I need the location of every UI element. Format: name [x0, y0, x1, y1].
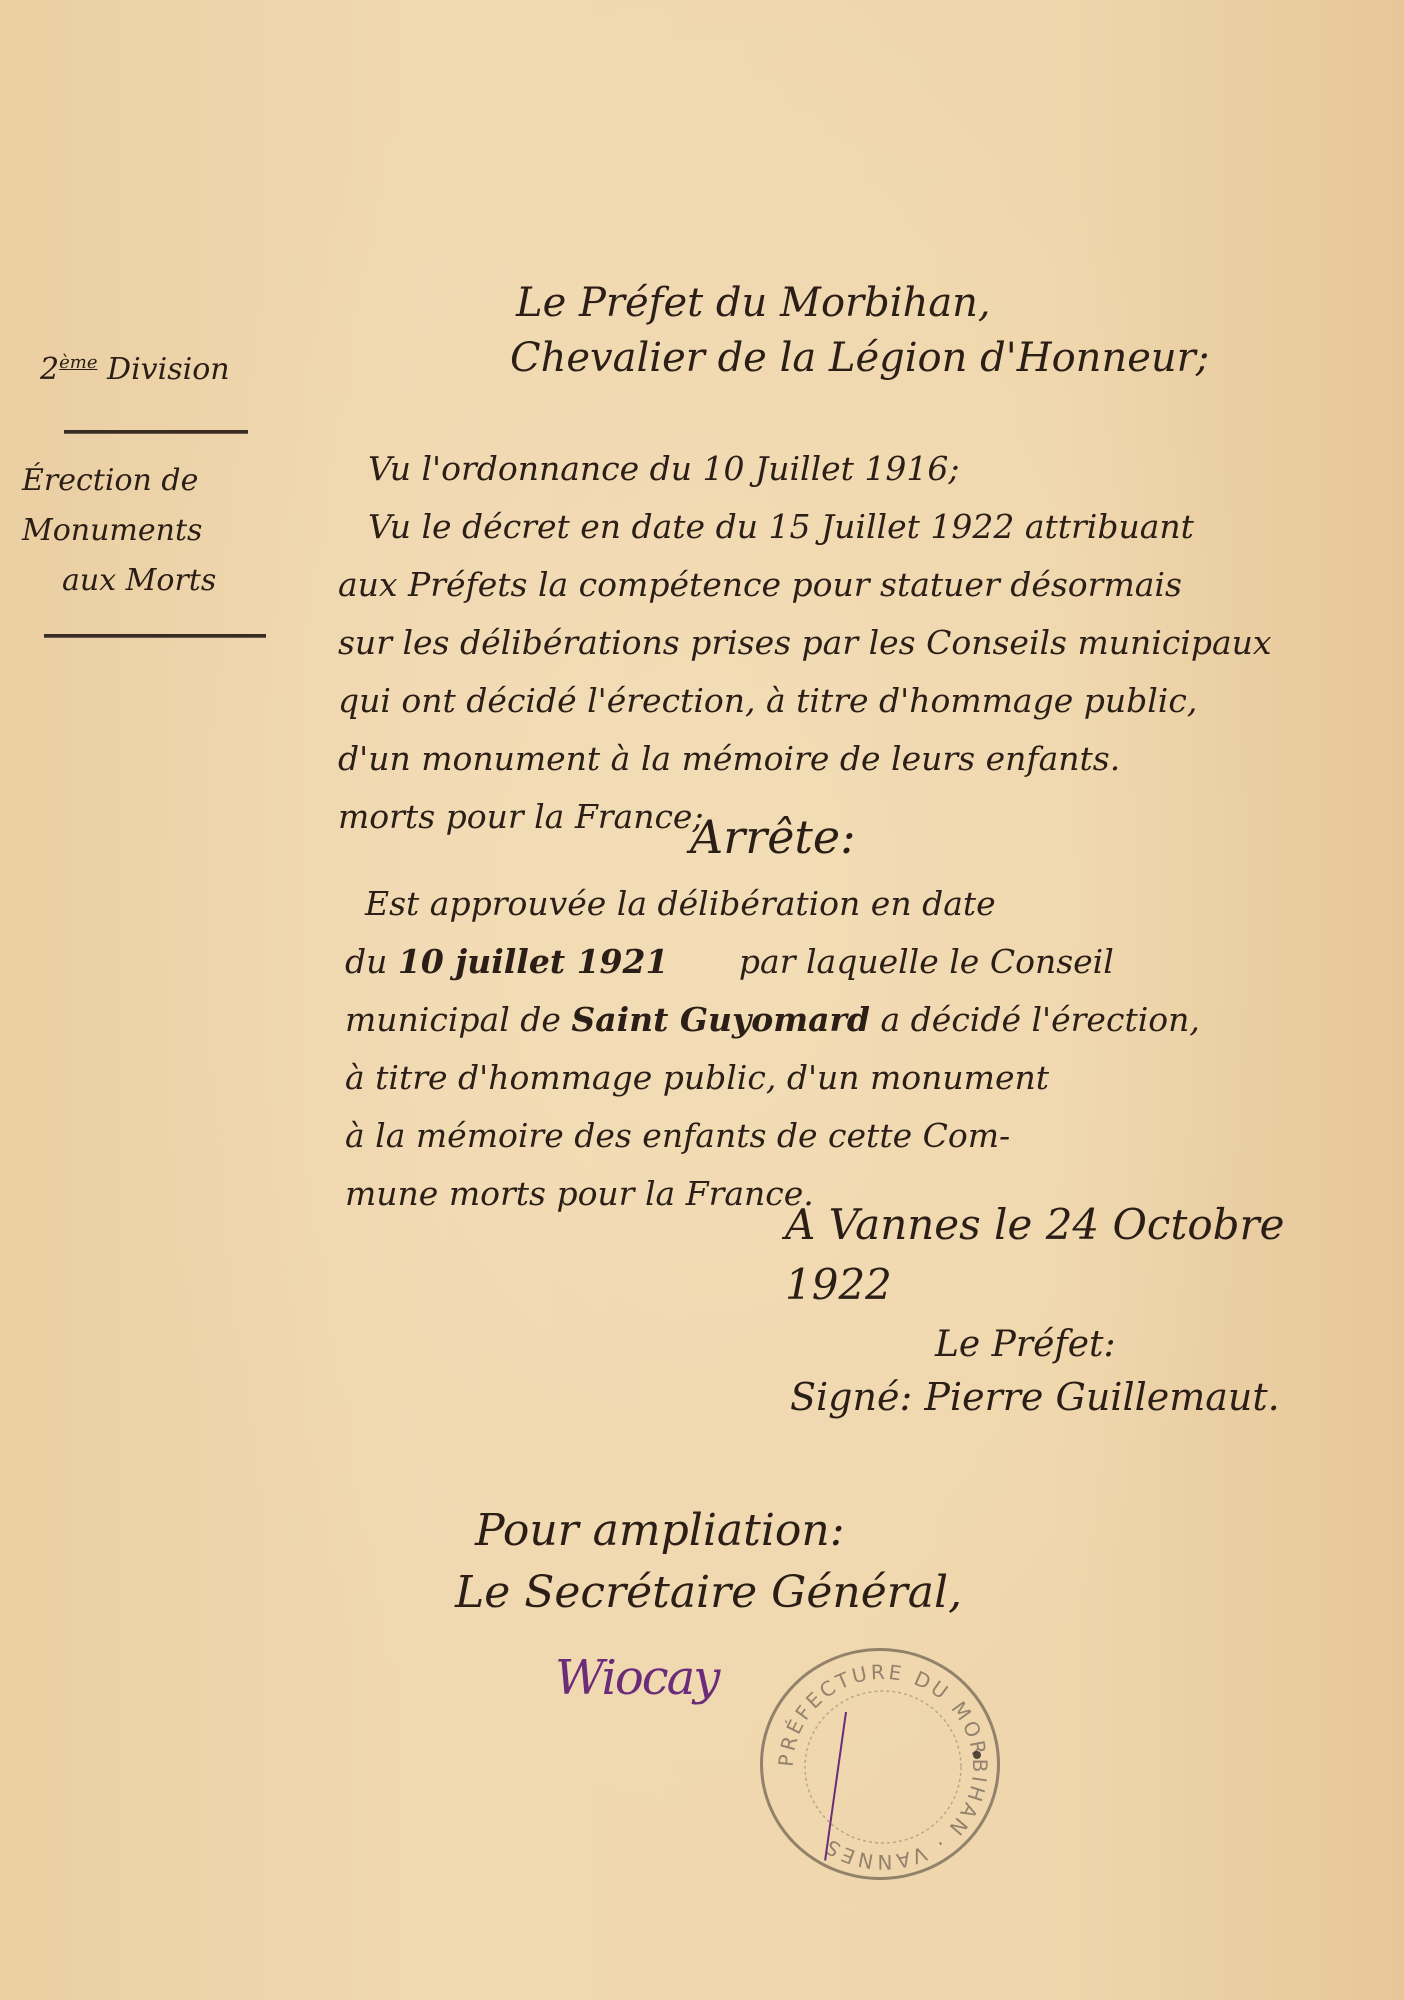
stamp-text: PRÉFECTURE DU MORBIHAN · VANNES [774, 1660, 992, 1874]
arrete-line: à titre d'hommage public, d'un monument [345, 1049, 1395, 1107]
division-suffix: ème [59, 352, 97, 373]
division-text: Division [107, 352, 230, 387]
arrete-body: Est approuvée la délibération en date du… [345, 875, 1395, 1223]
secretary-signature: Wiocay [555, 1650, 718, 1706]
arrete-text-fragment: municipal de [345, 1000, 561, 1039]
svg-text:PRÉFECTURE DU MORBIHAN · VANNE: PRÉFECTURE DU MORBIHAN · VANNES [774, 1660, 992, 1874]
prefect-header: Le Préfet du Morbihan, Chevalier de la L… [510, 276, 1209, 386]
place-and-date: A Vannes le 24 Octobre 1922 [785, 1195, 1404, 1315]
arrete-text-fragment: du [345, 942, 387, 981]
prefecture-stamp: PRÉFECTURE DU MORBIHAN · VANNES [760, 1648, 1000, 1880]
header-line-2: Chevalier de la Légion d'Honneur; [510, 331, 1209, 386]
ampliation-line-1: Pour ampliation: [455, 1500, 962, 1562]
arrete-text-fragment: a décidé l'érection, [881, 1000, 1200, 1039]
subject-note: Érection de Monuments aux Morts [22, 456, 272, 606]
stamp-seal-icon: PRÉFECTURE DU MORBIHAN · VANNES [763, 1651, 1003, 1883]
preamble-line: morts pour la France; [338, 788, 1398, 846]
division-label: 2ème Division [40, 352, 310, 387]
margin-divider-bottom [44, 634, 266, 638]
arrete-line: à la mémoire des enfants de cette Com- [345, 1107, 1395, 1165]
prefect-signature-line: Signé: Pierre Guillemaut. [790, 1375, 1280, 1419]
signoff: A Vannes le 24 Octobre 1922 Le Préfet: [785, 1195, 1404, 1375]
ampliation-line-2: Le Secrétaire Général, [455, 1562, 962, 1624]
preamble-line: sur les délibérations prises par les Con… [338, 614, 1398, 672]
subject-line: aux Morts [22, 556, 272, 606]
document-page: 2ème Division Érection de Monuments aux … [0, 0, 1404, 2000]
subject-line: Monuments [22, 506, 272, 556]
arrete-heading: Arrête: [690, 810, 856, 864]
preamble-line: qui ont décidé l'érection, à titre d'hom… [338, 672, 1398, 730]
preamble-line: Vu l'ordonnance du 10 Juillet 1916; [338, 440, 1398, 498]
commune-name: Saint Guyomard [571, 1000, 870, 1039]
subject-line: Érection de [22, 456, 272, 506]
header-line-1: Le Préfet du Morbihan, [510, 276, 1209, 331]
arrete-text-fragment: par laquelle le Conseil [679, 942, 1114, 981]
arrete-line: municipal de Saint Guyomard a décidé l'é… [345, 991, 1395, 1049]
ampliation-block: Pour ampliation: Le Secrétaire Général, [455, 1500, 962, 1624]
preamble: Vu l'ordonnance du 10 Juillet 1916; Vu l… [338, 440, 1398, 846]
arrete-line: du 10 juillet 1921 par laquelle le Conse… [345, 933, 1395, 991]
preamble-line: Vu le décret en date du 15 Juillet 1922 … [338, 498, 1398, 556]
arrete-line: Est approuvée la délibération en date [345, 875, 1395, 933]
division-number: 2 [40, 352, 59, 387]
prefect-title: Le Préfet: [785, 1315, 1404, 1375]
deliberation-date: 10 juillet 1921 [398, 942, 669, 981]
margin-divider-top [64, 430, 248, 434]
preamble-line: d'un monument à la mémoire de leurs enfa… [338, 730, 1398, 788]
preamble-line: aux Préfets la compétence pour statuer d… [338, 556, 1398, 614]
